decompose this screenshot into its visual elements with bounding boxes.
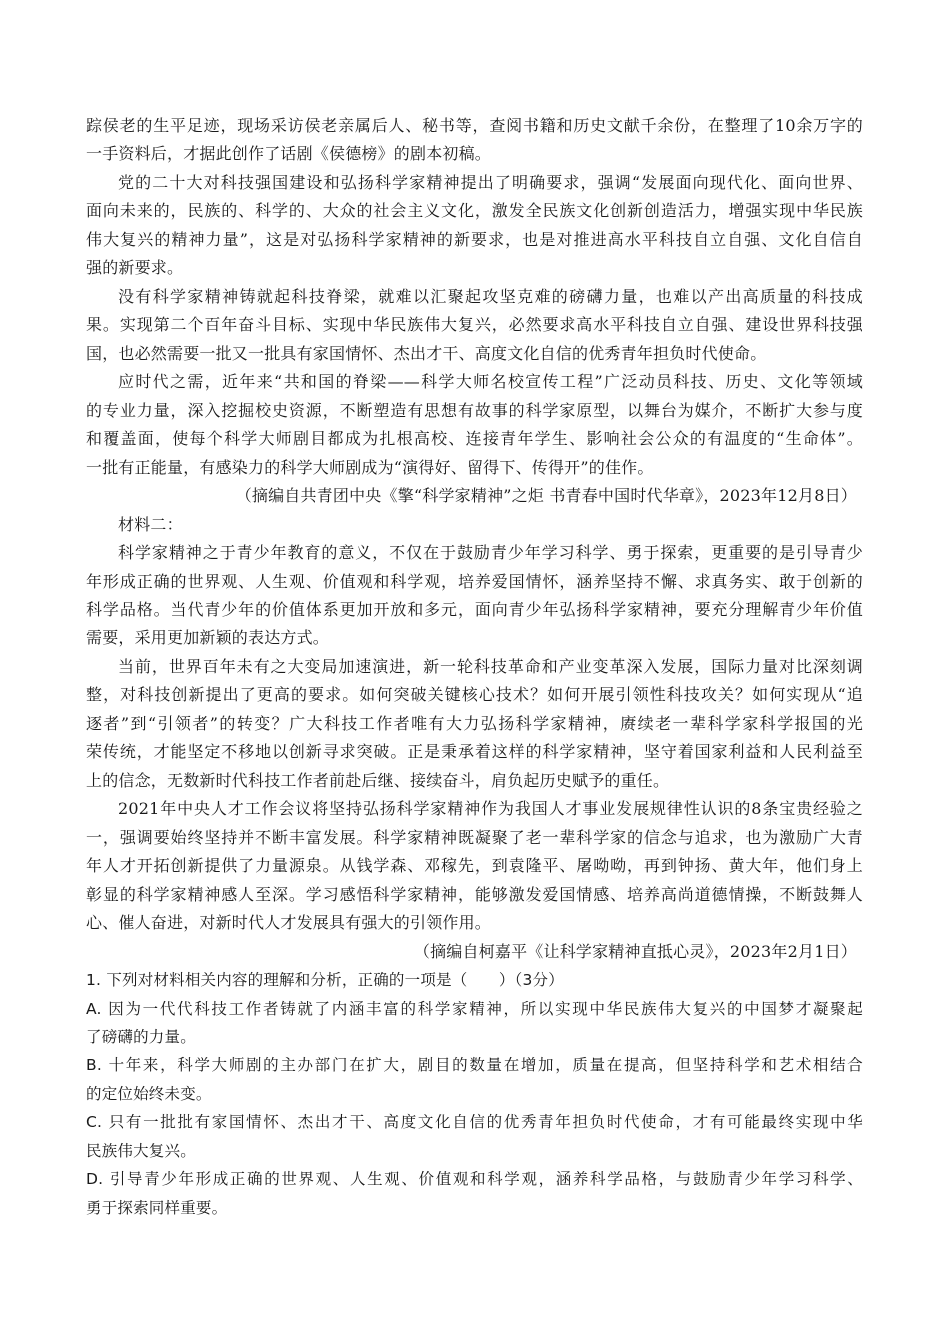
text-line: D. 引导青少年形成正确的世界观、人生观、价值观和科学观，涵养科学品格，与鼓励青… [86,1165,863,1193]
text-line: 年形成正确的世界观、人生观、价值观和科学观，培养爱国情怀，涵养坚持不懈、求真务实… [86,568,863,596]
text-line: 需要，采用更加新颖的表达方式。 [86,624,863,652]
text-line: 应时代之需，近年来“共和国的脊梁——科学大师名校宣传工程”广泛动员科技、历史、文… [86,368,863,396]
text-line: 整，对科技创新提出了更高的要求。如何突破关键核心技术？如何开展引领性科技攻关？如… [86,681,863,709]
text-line: 的专业力量，深入挖掘校史资源，不断塑造有思想有故事的科学家原型，以舞台为媒介，不… [86,397,863,425]
option-a: A. 因为一代代科技工作者铸就了内涵丰富的科学家精神，所以实现中华民族伟大复兴的… [86,995,863,1052]
text-line: 心、催人奋进，对新时代人才发展具有强大的引领作用。 [86,909,863,937]
option-b: B. 十年来，科学大师剧的主办部门在扩大，剧目的数量在增加，质量在提高，但坚持科… [86,1051,863,1108]
paragraph: 没有科学家精神铸就起科技脊梁，就难以汇聚起攻坚克难的磅礴力量，也难以产出高质量的… [86,283,863,368]
text-line: 2021年中央人才工作会议将坚持弘扬科学家精神作为我国人才事业发展规律性认识的8… [86,795,863,823]
paragraph: 当前，世界百年未有之大变局加速演进，新一轮科技革命和产业变革深入发展，国际力量对… [86,653,863,795]
text-line: 强的新要求。 [86,254,863,282]
paragraph: 踪侯老的生平足迹，现场采访侯老亲属后人、秘书等，查阅书籍和历史文献千余份，在整理… [86,112,863,169]
option-d: D. 引导青少年形成正确的世界观、人生观、价值观和科学观，涵养科学品格，与鼓励青… [86,1165,863,1222]
question-stem: 1. 下列对材料相关内容的理解和分析，正确的一项是（ ）（3分） [86,966,863,994]
option-c: C. 只有一批批有家国情怀、杰出才干、高度文化自信的优秀青年担负时代使命，才有可… [86,1108,863,1165]
paragraph: 党的二十大对科技强国建设和弘扬科学家精神提出了明确要求，强调“发展面向现代化、面… [86,169,863,283]
text-line: 年人才开拓创新提供了力量源泉。从钱学森、邓稼先，到袁隆平、屠呦呦，再到钟扬、黄大… [86,852,863,880]
text-line: 国，也必然需要一批又一批具有家国情怀、杰出才干、高度文化自信的优秀青年担负时代使… [86,340,863,368]
text-line: 面向未来的，民族的、科学的、大众的社会主义文化，激发全民族文化创新创造活力，增强… [86,197,863,225]
text-line: 一，强调要始终坚持并不断丰富发展。科学家精神既凝聚了老一辈科学家的信念与追求，也… [86,824,863,852]
paragraph: 2021年中央人才工作会议将坚持弘扬科学家精神作为我国人才事业发展规律性认识的8… [86,795,863,937]
text-line: A. 因为一代代科技工作者铸就了内涵丰富的科学家精神，所以实现中华民族伟大复兴的… [86,995,863,1023]
text-line: 的定位始终未变。 [86,1080,863,1108]
text-line: 科学品格。当代青少年的价值体系更加开放和多元，面向青少年弘扬科学家精神，要充分理… [86,596,863,624]
text-line: 当前，世界百年未有之大变局加速演进，新一轮科技革命和产业变革深入发展，国际力量对… [86,653,863,681]
text-line: B. 十年来，科学大师剧的主办部门在扩大，剧目的数量在增加，质量在提高，但坚持科… [86,1051,863,1079]
text-line: C. 只有一批批有家国情怀、杰出才干、高度文化自信的优秀青年担负时代使命，才有可… [86,1108,863,1136]
text-line: 彰显的科学家精神感人至深。学习感悟科学家精神，能够激发爱国情感、培养高尚道德情操… [86,881,863,909]
text-line: 果。实现第二个百年奋斗目标、实现中华民族伟大复兴，必然要求高水平科技自立自强、建… [86,311,863,339]
text-line: 一手资料后，才据此创作了话剧《侯德榜》的剧本初稿。 [86,140,863,168]
text-line: 伟大复兴的精神力量”，这是对弘扬科学家精神的新要求，也是对推进高水平科技自立自强… [86,226,863,254]
text-line: 荣传统，才能坚定不移地以创新寻求突破。正是秉承着这样的科学家精神，坚守着国家利益… [86,738,863,766]
section-label: 材料二： [86,511,863,539]
text-line: 民族伟大复兴。 [86,1137,863,1165]
source-citation: （摘编自共青团中央《擎“科学家精神”之炬 书青春中国时代华章》，2023年12月… [86,482,863,510]
text-line: 党的二十大对科技强国建设和弘扬科学家精神提出了明确要求，强调“发展面向现代化、面… [86,169,863,197]
paragraph: 科学家精神之于青少年教育的意义，不仅在于鼓励青少年学习科学、勇于探索，更重要的是… [86,539,863,653]
text-line: 了磅礴的力量。 [86,1023,863,1051]
text-line: 上的信念，无数新时代科技工作者前赴后继、接续奋斗，肩负起历史赋予的重任。 [86,767,863,795]
material-one: 踪侯老的生平足迹，现场采访侯老亲属后人、秘书等，查阅书籍和历史文献千余份，在整理… [86,112,863,511]
text-line: 逐者”到“引领者”的转变？广大科技工作者唯有大力弘扬科学家精神，赓续老一辈科学家… [86,710,863,738]
question-1: 1. 下列对材料相关内容的理解和分析，正确的一项是（ ）（3分） A. 因为一代… [86,966,863,1222]
text-line: 一批有正能量，有感染力的科学大师剧成为“演得好、留得下、传得开”的佳作。 [86,454,863,482]
material-two: 材料二： 科学家精神之于青少年教育的意义，不仅在于鼓励青少年学习科学、勇于探索，… [86,511,863,967]
paragraph: 应时代之需，近年来“共和国的脊梁——科学大师名校宣传工程”广泛动员科技、历史、文… [86,368,863,482]
text-line: 勇于探索同样重要。 [86,1194,863,1222]
text-line: 科学家精神之于青少年教育的意义，不仅在于鼓励青少年学习科学、勇于探索，更重要的是… [86,539,863,567]
text-line: 踪侯老的生平足迹，现场采访侯老亲属后人、秘书等，查阅书籍和历史文献千余份，在整理… [86,112,863,140]
source-citation: （摘编自柯嘉平《让科学家精神直抵心灵》，2023年2月1日） [86,938,863,966]
text-line: 和覆盖面，使每个科学大师剧目都成为扎根高校、连接青年学生、影响社会公众的有温度的… [86,425,863,453]
text-line: 没有科学家精神铸就起科技脊梁，就难以汇聚起攻坚克难的磅礴力量，也难以产出高质量的… [86,283,863,311]
exam-page: 踪侯老的生平足迹，现场采访侯老亲属后人、秘书等，查阅书籍和历史文献千余份，在整理… [86,112,863,1222]
